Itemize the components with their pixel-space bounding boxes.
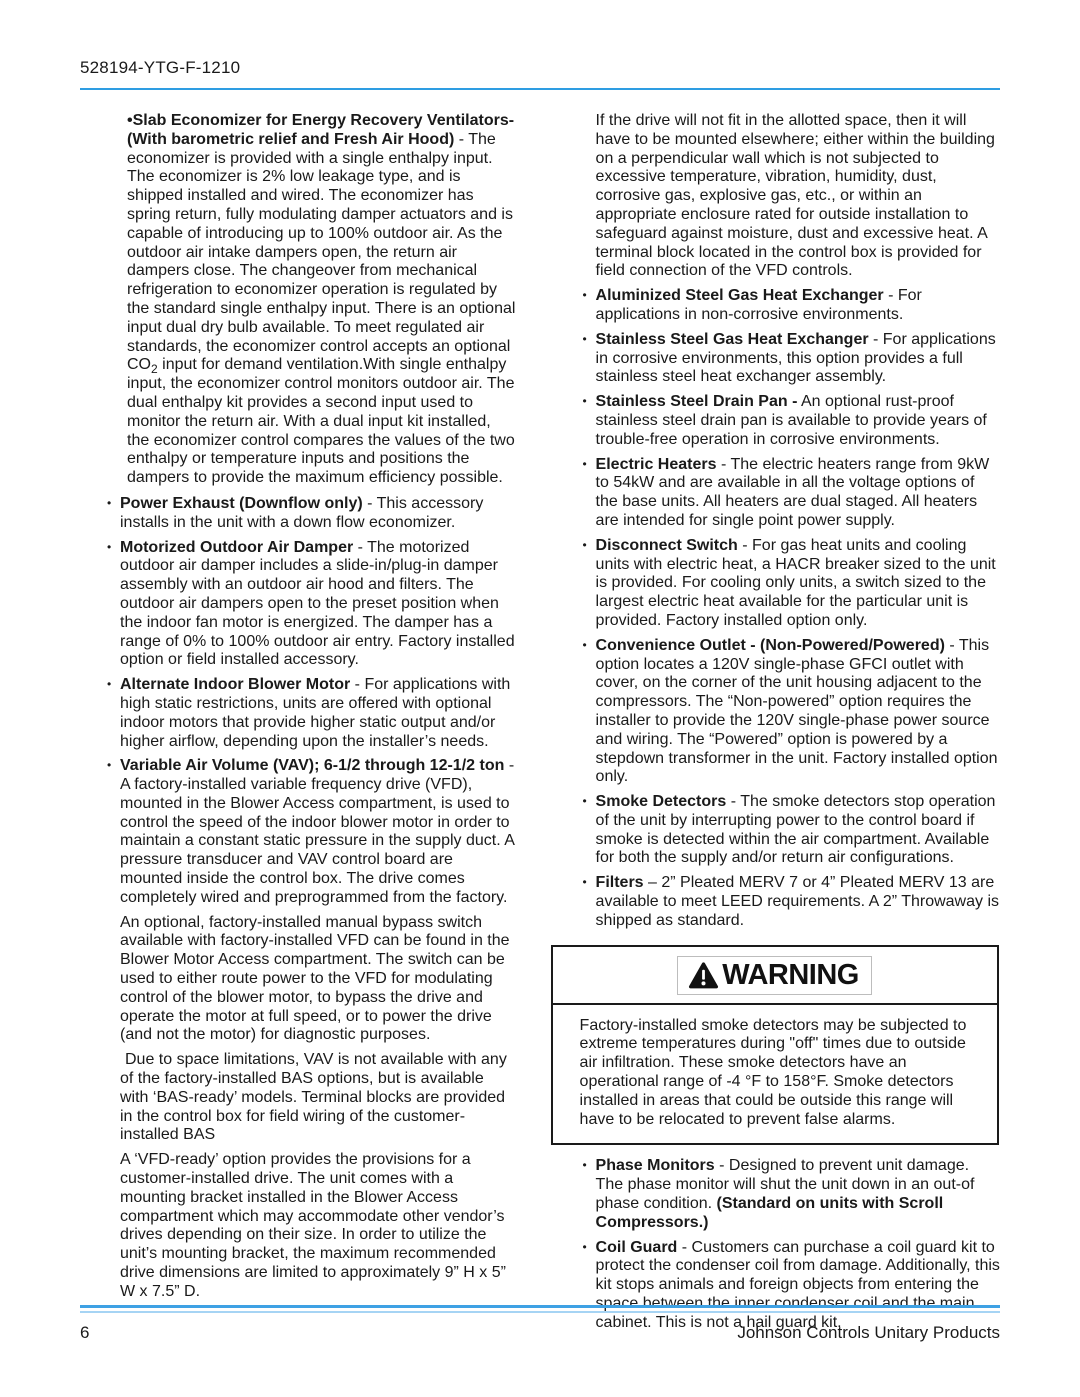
bullet-icon: • bbox=[107, 538, 111, 557]
left-column: •Slab Economizer for Energy Recovery Ven… bbox=[105, 112, 516, 1339]
text-run-bold: Smoke Detectors bbox=[596, 793, 727, 810]
warning-body-text: Factory-installed smoke detectors may be… bbox=[580, 1017, 973, 1130]
text-run: - The economizer is provided with a sing… bbox=[127, 131, 515, 374]
bullet-icon: • bbox=[583, 873, 587, 892]
text-run-bold: Convenience Outlet - (Non-Powered/Powere… bbox=[596, 637, 945, 654]
paragraph-space-limitations: Due to space limitations, VAV is not ava… bbox=[120, 1051, 516, 1145]
text-run-bold: Disconnect Switch bbox=[596, 537, 738, 554]
text-run-bold: Phase Monitors bbox=[596, 1157, 715, 1174]
text-run: – 2” Pleated MERV 7 or 4” Pleated MERV 1… bbox=[596, 874, 999, 929]
text-run-bold: Stainless Steel Gas Heat Exchanger bbox=[596, 331, 869, 348]
page-number: 6 bbox=[80, 1323, 89, 1343]
text-run-bold: Electric Heaters bbox=[596, 456, 717, 473]
footer-rule-bottom bbox=[80, 1311, 1000, 1313]
text-run-bold: Power Exhaust (Downflow only) bbox=[120, 495, 363, 512]
warning-body: Factory-installed smoke detectors may be… bbox=[553, 1005, 997, 1144]
text-run: - The motorized outdoor air damper inclu… bbox=[120, 539, 515, 669]
paragraph-slab-economizer: •Slab Economizer for Energy Recovery Ven… bbox=[127, 112, 516, 488]
bullet-item-drain-pan: • Stainless Steel Drain Pan - An optiona… bbox=[581, 393, 1000, 449]
bullet-icon: • bbox=[583, 636, 587, 655]
bullet-item-convenience-outlet: • Convenience Outlet - (Non-Powered/Powe… bbox=[581, 637, 1000, 787]
warning-header: WARNING bbox=[553, 947, 997, 1005]
bullet-icon: • bbox=[107, 494, 111, 513]
bullet-icon: • bbox=[107, 675, 111, 694]
bullet-item-phase-monitors: • Phase Monitors - Designed to prevent u… bbox=[581, 1157, 1000, 1232]
bullet-text: Alternate Indoor Blower Motor - For appl… bbox=[120, 676, 516, 751]
bullet-item-stainless-exchanger: • Stainless Steel Gas Heat Exchanger - F… bbox=[581, 331, 1000, 387]
text-run-bold: Coil Guard bbox=[596, 1239, 678, 1256]
bullet-text: Aluminized Steel Gas Heat Exchanger - Fo… bbox=[596, 287, 1000, 325]
bullet-text: Electric Heaters - The electric heaters … bbox=[596, 456, 1000, 531]
bullet-item-vav: • Variable Air Volume (VAV); 6-1/2 throu… bbox=[105, 757, 516, 907]
bullet-icon: • bbox=[583, 536, 587, 555]
bullet-text: Filters – 2” Pleated MERV 7 or 4” Pleate… bbox=[596, 874, 1000, 930]
bullet-item-power-exhaust: • Power Exhaust (Downflow only) - This a… bbox=[105, 495, 516, 533]
paragraph-drive-mounting: If the drive will not fit in the allotte… bbox=[596, 112, 1000, 281]
bullet-icon: • bbox=[583, 330, 587, 349]
page-footer: 6 Johnson Controls Unitary Products bbox=[80, 1305, 1000, 1343]
bullet-text: Stainless Steel Drain Pan - An optional … bbox=[596, 393, 1000, 449]
bullet-item-electric-heaters: • Electric Heaters - The electric heater… bbox=[581, 456, 1000, 531]
bullet-item-motorized-damper: • Motorized Outdoor Air Damper - The mot… bbox=[105, 539, 516, 671]
paragraph-bypass-switch: An optional, factory-installed manual by… bbox=[120, 914, 516, 1046]
bullet-icon: • bbox=[583, 1238, 587, 1257]
bullet-text: Power Exhaust (Downflow only) - This acc… bbox=[120, 495, 516, 533]
footer-rule-top bbox=[80, 1305, 1000, 1308]
warning-box: WARNING Factory-installed smoke detector… bbox=[551, 945, 999, 1146]
bullet-icon: • bbox=[107, 756, 111, 775]
bullet-item-smoke-detectors: • Smoke Detectors - The smoke detectors … bbox=[581, 793, 1000, 868]
bullet-icon: • bbox=[583, 392, 587, 411]
bullet-icon: • bbox=[583, 455, 587, 474]
text-run: - A factory-installed variable frequency… bbox=[120, 757, 514, 906]
company-name: Johnson Controls Unitary Products bbox=[737, 1323, 1000, 1343]
header-rule bbox=[80, 88, 1000, 90]
right-column: If the drive will not fit in the allotte… bbox=[581, 112, 1000, 1339]
text-run-bold: Variable Air Volume (VAV); 6-1/2 through… bbox=[120, 757, 504, 774]
text-run-bold: Motorized Outdoor Air Damper bbox=[120, 539, 353, 556]
bullet-text: Convenience Outlet - (Non-Powered/Powere… bbox=[596, 637, 1000, 787]
bullet-text: Motorized Outdoor Air Damper - The motor… bbox=[120, 539, 516, 671]
text-run-bold: Stainless Steel Drain Pan - bbox=[596, 393, 798, 410]
warning-triangle-icon bbox=[688, 961, 719, 989]
bullet-text: Variable Air Volume (VAV); 6-1/2 through… bbox=[120, 757, 516, 907]
text-run: input for demand ventilation.With single… bbox=[127, 356, 515, 486]
bullet-icon: • bbox=[583, 286, 587, 305]
bullet-text: Stainless Steel Gas Heat Exchanger - For… bbox=[596, 331, 1000, 387]
text-run: - This option locates a 120V single-phas… bbox=[596, 637, 998, 786]
bullet-item-disconnect-switch: • Disconnect Switch - For gas heat units… bbox=[581, 537, 1000, 631]
text-run-bold: Filters bbox=[596, 874, 644, 891]
text-run-bold: Alternate Indoor Blower Motor bbox=[120, 676, 350, 693]
bullet-item-filters: • Filters – 2” Pleated MERV 7 or 4” Plea… bbox=[581, 874, 1000, 930]
bullet-icon: • bbox=[583, 792, 587, 811]
warning-label: WARNING bbox=[677, 956, 872, 995]
two-column-body: •Slab Economizer for Energy Recovery Ven… bbox=[80, 112, 1000, 1339]
bullet-text: Phase Monitors - Designed to prevent uni… bbox=[596, 1157, 1000, 1232]
bullet-icon: • bbox=[583, 1156, 587, 1175]
bullet-text: Smoke Detectors - The smoke detectors st… bbox=[596, 793, 1000, 868]
paragraph-vfd-ready: A ‘VFD-ready’ option provides the provis… bbox=[120, 1151, 516, 1301]
bullet-item-alternate-blower-motor: • Alternate Indoor Blower Motor - For ap… bbox=[105, 676, 516, 751]
document-page: 528194-YTG-F-1210 •Slab Economizer for E… bbox=[0, 0, 1080, 1397]
text-run-bold: Aluminized Steel Gas Heat Exchanger bbox=[596, 287, 884, 304]
bullet-item-aluminized-exchanger: • Aluminized Steel Gas Heat Exchanger - … bbox=[581, 287, 1000, 325]
warning-label-text: WARNING bbox=[722, 960, 859, 990]
bullet-text: Disconnect Switch - For gas heat units a… bbox=[596, 537, 1000, 631]
doc-number: 528194-YTG-F-1210 bbox=[80, 58, 1000, 78]
